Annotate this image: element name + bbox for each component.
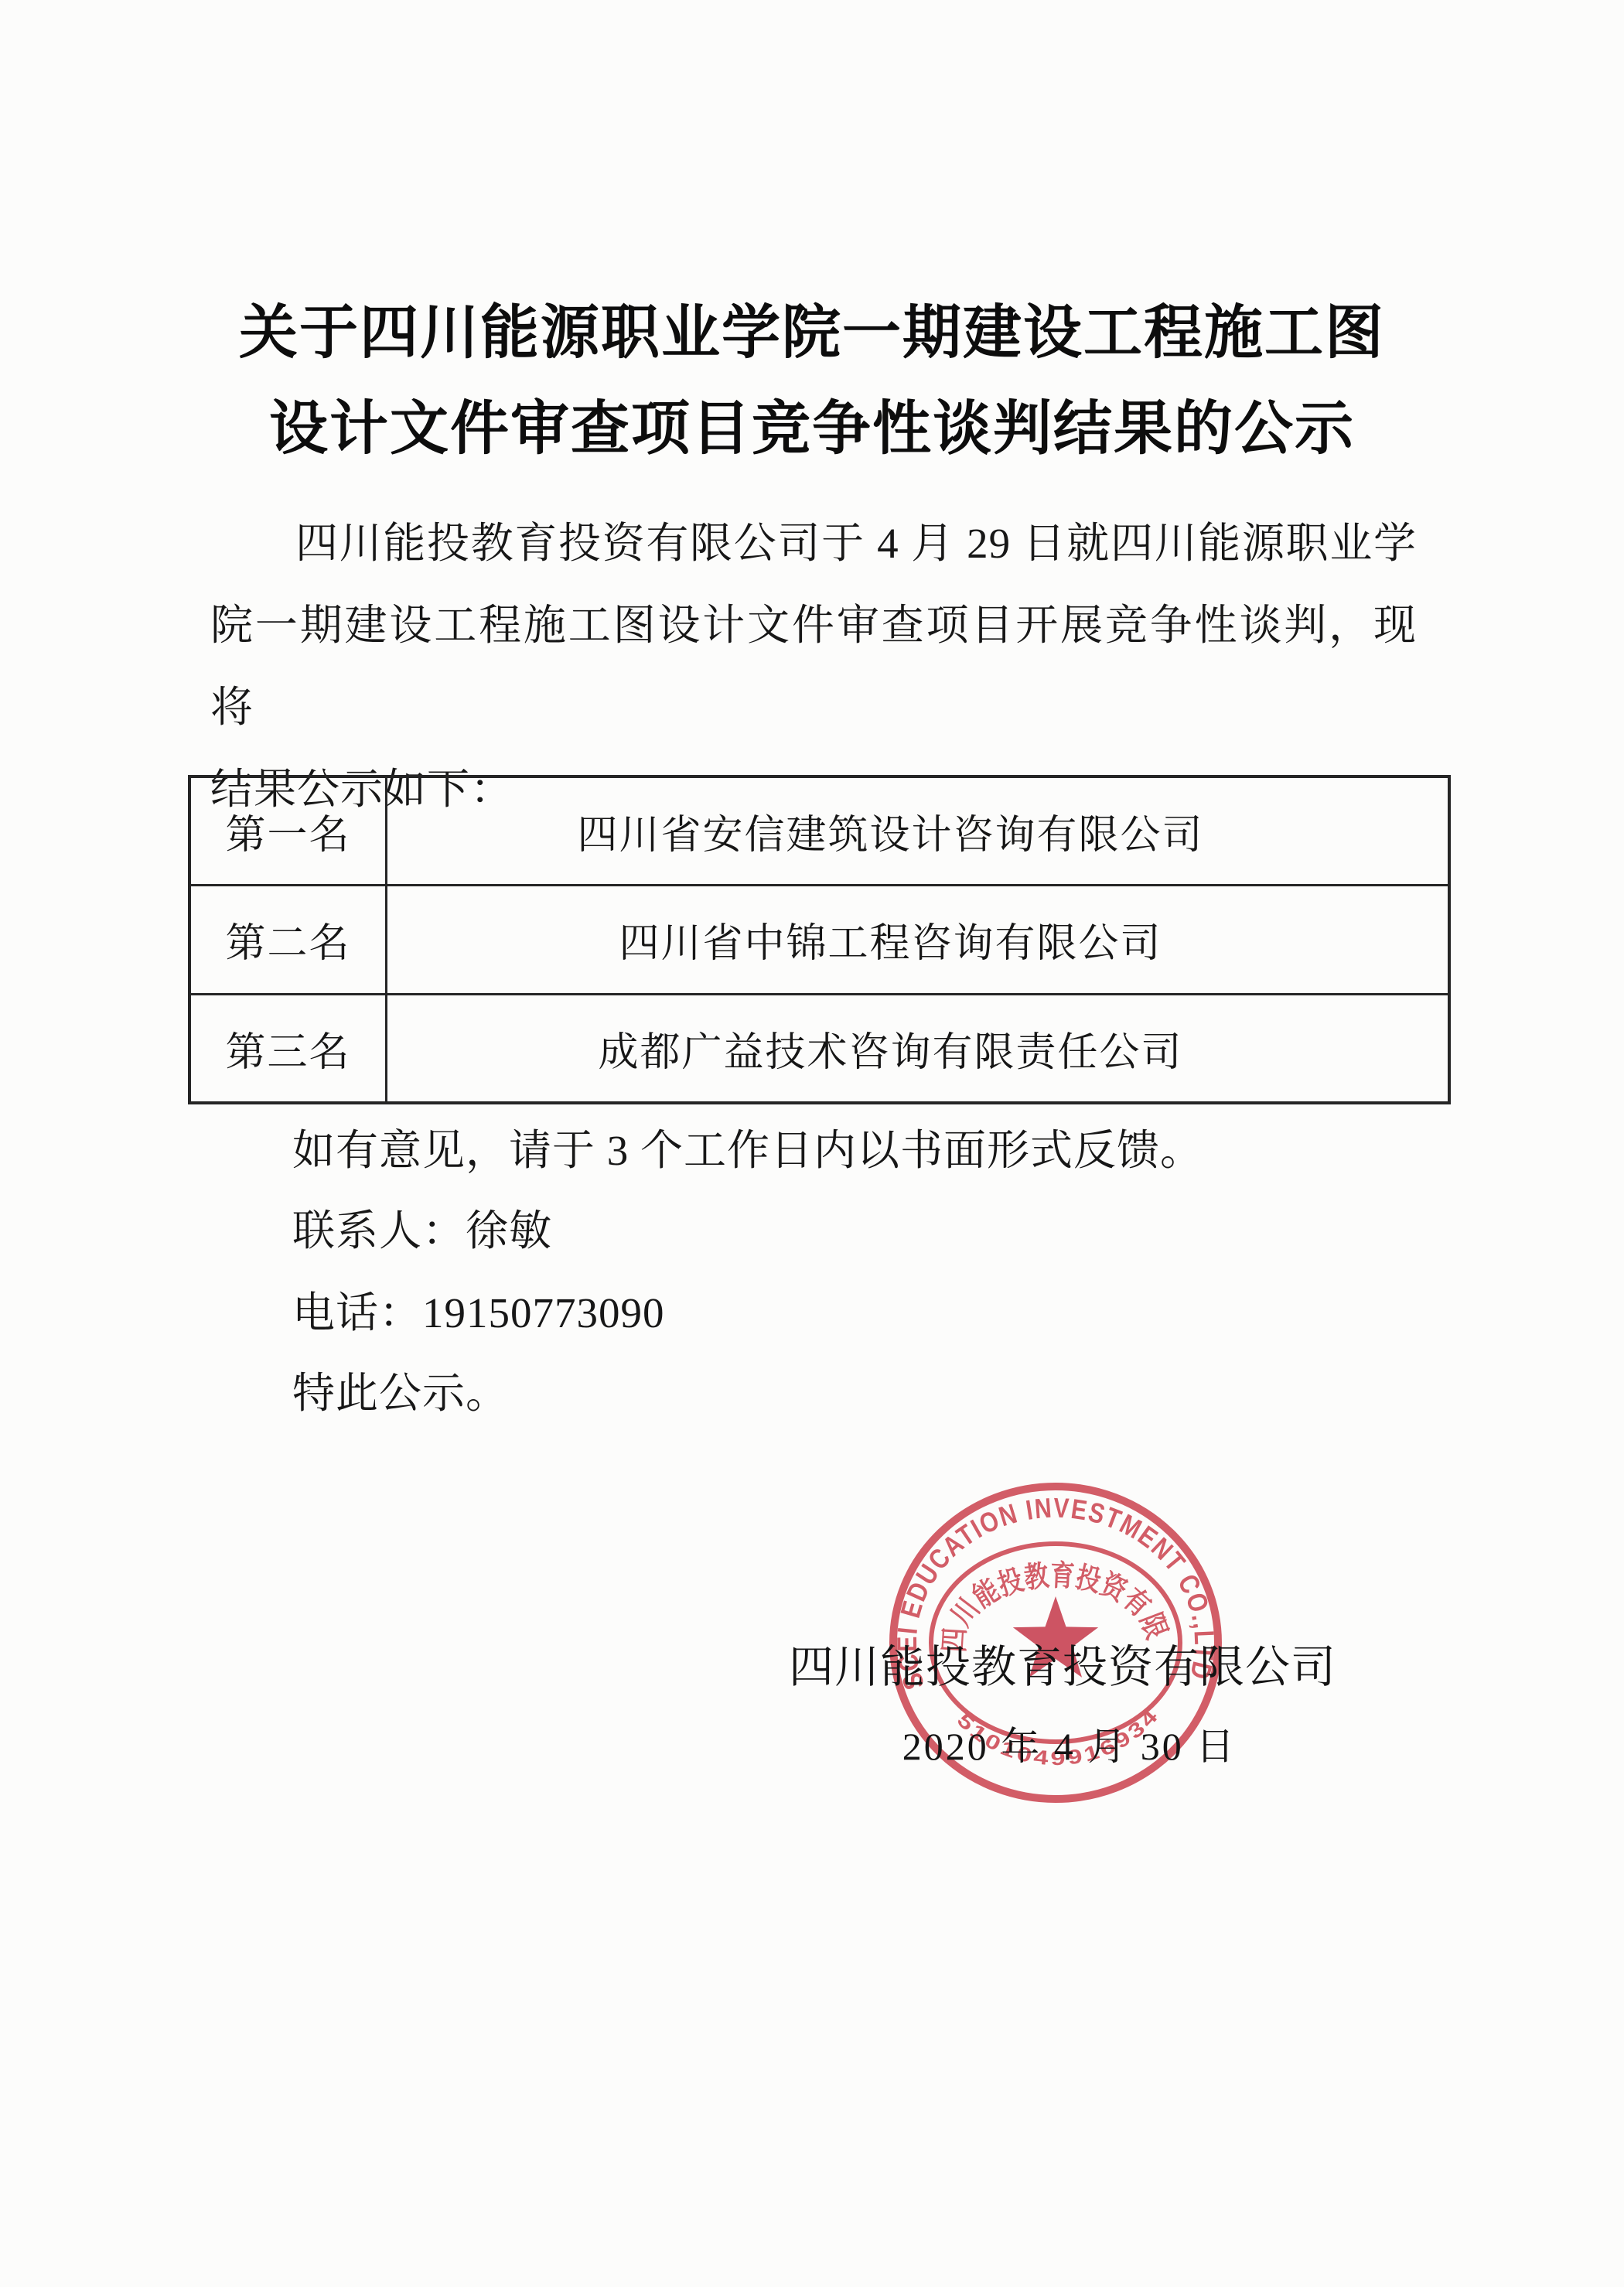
closing-line: 特此公示。 [292, 1370, 509, 1417]
signature-date: 2020 年 4 月 30 日 [876, 1715, 1263, 1771]
company-cell: 四川省安信建筑设计咨询有限公司 [387, 778, 1448, 884]
company-cell: 四川省中锦工程咨询有限公司 [387, 886, 1448, 992]
signature-company: 四川能投教育投资有限公司 [789, 1630, 1330, 1695]
intro-line-2: 院一期建设工程施工图设计文件审查项目开展竞争性谈判，现将 [210, 585, 1417, 749]
table-row: 第三名 成都广益技术咨询有限责任公司 [191, 993, 1448, 1101]
rank-cell: 第二名 [191, 886, 387, 992]
title-line-2: 设计文件审查项目竞争性谈判结果的公示 [0, 381, 1624, 476]
table-row: 第二名 四川省中锦工程咨询有限公司 [191, 884, 1448, 992]
intro-line-1: 四川能投教育投资有限公司于 4 月 29 日就四川能源职业学 [210, 503, 1417, 585]
rank-cell: 第三名 [191, 995, 387, 1101]
phone-line: 电话：19150773090 [292, 1290, 665, 1336]
feedback-note: 如有意见，请于 3 个工作日内以书面形式反馈。 [292, 1128, 1203, 1174]
announcement-page: 关于四川能源职业学院一期建设工程施工图 设计文件审查项目竞争性谈判结果的公示 四… [0, 0, 1624, 2287]
results-table: 第一名 四川省安信建筑设计咨询有限公司 第二名 四川省中锦工程咨询有限公司 第三… [188, 775, 1451, 1104]
table-row: 第一名 四川省安信建筑设计咨询有限公司 [191, 778, 1448, 884]
document-title: 关于四川能源职业学院一期建设工程施工图 设计文件审查项目竞争性谈判结果的公示 [0, 285, 1624, 476]
contact-line: 联系人：徐敏 [292, 1208, 552, 1254]
company-cell: 成都广益技术咨询有限责任公司 [387, 995, 1448, 1101]
rank-cell: 第一名 [191, 778, 387, 884]
title-line-1: 关于四川能源职业学院一期建设工程施工图 [0, 285, 1624, 381]
